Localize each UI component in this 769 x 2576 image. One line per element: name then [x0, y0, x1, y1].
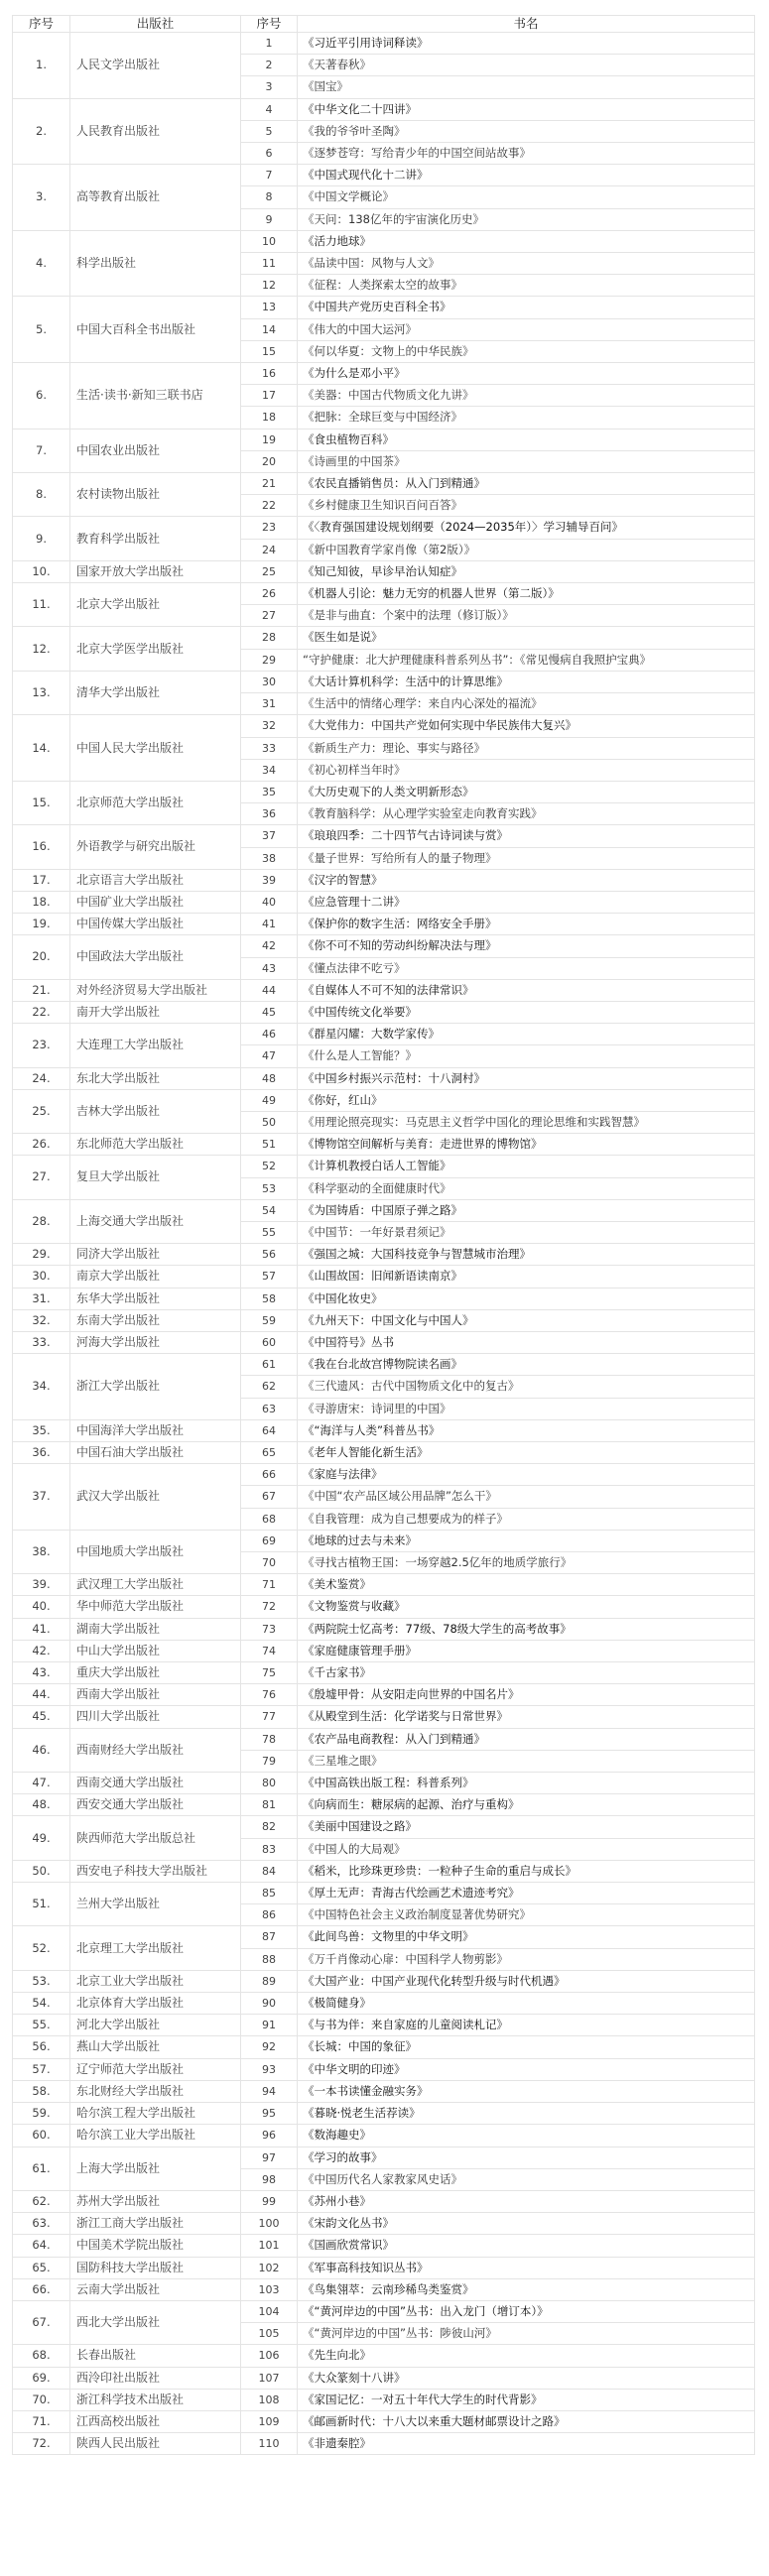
book-number: 93: [241, 2058, 298, 2080]
book-title: 《是非与曲直：个案中的法理（修订版）》: [298, 605, 755, 627]
publisher-name: 西安电子科技大学出版社: [70, 1860, 241, 1882]
publisher-number: 59.: [13, 2103, 70, 2125]
book-title: 《寻找古植物王国：一场穿越2.5亿年的地质学旅行》: [298, 1552, 755, 1574]
book-number: 63: [241, 1398, 298, 1419]
publisher-number: 10.: [13, 560, 70, 582]
publisher-number: 51.: [13, 1883, 70, 1926]
table-row: 29.同济大学出版社56《强国之城：大国科技竞争与智慧城市治理》: [13, 1244, 755, 1266]
table-row: 5.中国大百科全书出版社13《中国共产党历史百科全书》: [13, 297, 755, 318]
book-title: 《一本书读懂金融实务》: [298, 2080, 755, 2102]
publisher-name: 西北大学出版社: [70, 2300, 241, 2344]
book-title: 《科学驱动的全面健康时代》: [298, 1177, 755, 1199]
book-title: 《美术鉴赏》: [298, 1574, 755, 1596]
publisher-number: 20.: [13, 935, 70, 979]
table-row: 38.中国地质大学出版社69《地球的过去与未来》: [13, 1530, 755, 1551]
publisher-name: 中国人民大学出版社: [70, 715, 241, 782]
book-title: 《食虫植物百科》: [298, 429, 755, 450]
publisher-name: 苏州大学出版社: [70, 2190, 241, 2212]
book-number: 33: [241, 737, 298, 759]
publisher-number: 22.: [13, 1001, 70, 1023]
book-title: 《自媒体人不可不知的法律常识》: [298, 979, 755, 1001]
publisher-number: 6.: [13, 363, 70, 429]
publisher-name: 中国地质大学出版社: [70, 1530, 241, 1573]
book-number: 89: [241, 1970, 298, 1992]
book-number: 46: [241, 1024, 298, 1045]
book-list-table: 序号 出版社 序号 书名 1.人民文学出版社1《习近平引用诗词释读》2《天著春秋…: [12, 15, 755, 2455]
book-number: 102: [241, 2257, 298, 2278]
book-title: 《军事高科技知识丛书》: [298, 2257, 755, 2278]
table-row: 56.燕山大学出版社92《长城：中国的象征》: [13, 2036, 755, 2058]
publisher-name: 东北大学出版社: [70, 1067, 241, 1089]
book-number: 107: [241, 2367, 298, 2389]
publisher-name: 四川大学出版社: [70, 1706, 241, 1728]
book-title: 《家庭健康管理手册》: [298, 1640, 755, 1661]
publisher-name: 长春出版社: [70, 2345, 241, 2367]
publisher-number: 17.: [13, 869, 70, 891]
publisher-number: 65.: [13, 2257, 70, 2278]
publisher-number: 5.: [13, 297, 70, 363]
book-number: 88: [241, 1948, 298, 1970]
book-title: 《山围故国：旧闻新语读南京》: [298, 1266, 755, 1288]
publisher-number: 44.: [13, 1684, 70, 1706]
table-row: 10.国家开放大学出版社25《知己知彼，早诊早治认知症》: [13, 560, 755, 582]
table-row: 16.外语教学与研究出版社37《琅琅四季：二十四节气古诗词读与赏》: [13, 825, 755, 847]
publisher-number: 63.: [13, 2213, 70, 2235]
book-number: 29: [241, 649, 298, 671]
publisher-name: 国家开放大学出版社: [70, 560, 241, 582]
book-number: 67: [241, 1486, 298, 1508]
publisher-name: 东北师范大学出版社: [70, 1134, 241, 1156]
book-number: 3: [241, 76, 298, 98]
book-number: 84: [241, 1860, 298, 1882]
book-number: 15: [241, 340, 298, 362]
book-title: 《此间鸟兽：文物里的中华文明》: [298, 1926, 755, 1948]
book-number: 20: [241, 450, 298, 472]
table-row: 68.长春出版社106《先生向北》: [13, 2345, 755, 2367]
table-row: 69.西泠印社出版社107《大众篆刻十八讲》: [13, 2367, 755, 2389]
publisher-number: 49.: [13, 1816, 70, 1860]
book-number: 54: [241, 1199, 298, 1221]
book-number: 44: [241, 979, 298, 1001]
table-row: 17.北京语言大学出版社39《汉字的智慧》: [13, 869, 755, 891]
book-title: 《应急管理十二讲》: [298, 891, 755, 913]
book-title: 《学习的故事》: [298, 2147, 755, 2168]
book-title: 《教育脑科学：从心理学实验室走向教育实践》: [298, 803, 755, 825]
table-row: 51.兰州大学出版社85《厚土无声：青海古代绘画艺术遗迹考究》: [13, 1883, 755, 1904]
table-row: 34.浙江大学出版社61《我在台北故宫博物院读名画》: [13, 1354, 755, 1376]
table-row: 20.中国政法大学出版社42《你不可不知的劳动纠纷解决法与理》: [13, 935, 755, 957]
book-number: 59: [241, 1309, 298, 1331]
book-number: 53: [241, 1177, 298, 1199]
publisher-name: 中山大学出版社: [70, 1640, 241, 1661]
book-number: 74: [241, 1640, 298, 1661]
table-row: 13.清华大学出版社30《大话计算机科学：生活中的计算思维》: [13, 671, 755, 692]
table-row: 44.西南大学出版社76《殷墟甲骨：从安阳走向世界的中国名片》: [13, 1684, 755, 1706]
book-number: 103: [241, 2278, 298, 2300]
book-number: 18: [241, 407, 298, 429]
book-title: 《你不可不知的劳动纠纷解决法与理》: [298, 935, 755, 957]
publisher-name: 北京大学出版社: [70, 583, 241, 627]
publisher-number: 7.: [13, 429, 70, 472]
publisher-name: 中国大百科全书出版社: [70, 297, 241, 363]
book-title: 《中国历代名人家教家风史话》: [298, 2168, 755, 2190]
book-number: 13: [241, 297, 298, 318]
header-group-no: 序号: [13, 16, 70, 33]
book-title: 《懂点法律不吃亏》: [298, 957, 755, 979]
table-row: 72.陕西人民出版社110《非遗秦腔》: [13, 2433, 755, 2455]
publisher-number: 2.: [13, 98, 70, 165]
book-title: 《寻游唐宋：诗词里的中国》: [298, 1398, 755, 1419]
book-title: 《农民直播销售员：从入门到精通》: [298, 473, 755, 495]
book-number: 50: [241, 1111, 298, 1133]
publisher-name: 重庆大学出版社: [70, 1662, 241, 1684]
book-number: 75: [241, 1662, 298, 1684]
publisher-number: 53.: [13, 1970, 70, 1992]
book-number: 55: [241, 1221, 298, 1243]
book-number: 16: [241, 363, 298, 385]
book-number: 86: [241, 1904, 298, 1926]
table-row: 61.上海大学出版社97《学习的故事》: [13, 2147, 755, 2168]
book-number: 99: [241, 2190, 298, 2212]
book-title: 《逐梦苍穹：写给青少年的中国空间站故事》: [298, 143, 755, 165]
book-title: 《群星闪耀：大数学家传》: [298, 1024, 755, 1045]
book-number: 65: [241, 1442, 298, 1464]
table-row: 7.中国农业出版社19《食虫植物百科》: [13, 429, 755, 450]
book-number: 47: [241, 1045, 298, 1067]
book-title: 《用理论照亮现实：马克思主义哲学中国化的理论思维和实践智慧》: [298, 1111, 755, 1133]
publisher-name: 北京师范大学出版社: [70, 781, 241, 824]
publisher-name: 科学出版社: [70, 230, 241, 297]
book-number: 21: [241, 473, 298, 495]
publisher-number: 45.: [13, 1706, 70, 1728]
publisher-number: 66.: [13, 2278, 70, 2300]
publisher-name: 西安交通大学出版社: [70, 1794, 241, 1816]
publisher-name: 西南大学出版社: [70, 1684, 241, 1706]
book-title: 《中国符号》丛书: [298, 1331, 755, 1353]
table-row: 19.中国传媒大学出版社41《保护你的数字生活：网络安全手册》: [13, 914, 755, 935]
book-number: 106: [241, 2345, 298, 2367]
book-title: 《数海趣史》: [298, 2125, 755, 2147]
publisher-name: 西泠印社出版社: [70, 2367, 241, 2389]
book-title: 《万千肖像动心扉：中国科学人物剪影》: [298, 1948, 755, 1970]
book-title: 《农产品电商教程：从入门到精通》: [298, 1728, 755, 1750]
publisher-name: 东南大学出版社: [70, 1309, 241, 1331]
publisher-name: 东华大学出版社: [70, 1288, 241, 1309]
book-title: 《宋韵文化丛书》: [298, 2213, 755, 2235]
book-title: 《中国节：一年好景君须记》: [298, 1221, 755, 1243]
publisher-number: 29.: [13, 1244, 70, 1266]
book-number: 81: [241, 1794, 298, 1816]
book-title: 《大国产业：中国产业现代化转型升级与时代机遇》: [298, 1970, 755, 1992]
book-number: 43: [241, 957, 298, 979]
book-title: 《品读中国：风物与人文》: [298, 253, 755, 275]
publisher-number: 16.: [13, 825, 70, 869]
book-number: 80: [241, 1773, 298, 1794]
table-row: 26.东北师范大学出版社51《博物馆空间解析与美育：走进世界的博物馆》: [13, 1134, 755, 1156]
table-row: 60.哈尔滨工业大学出版社96《数海趣史》: [13, 2125, 755, 2147]
table-row: 14.中国人民大学出版社32《大党伟力：中国共产党如何实现中华民族伟大复兴》: [13, 715, 755, 737]
book-title: 《厚土无声：青海古代绘画艺术遗迹考究》: [298, 1883, 755, 1904]
publisher-number: 30.: [13, 1266, 70, 1288]
publisher-number: 34.: [13, 1354, 70, 1420]
publisher-number: 40.: [13, 1596, 70, 1618]
book-number: 69: [241, 1530, 298, 1551]
publisher-number: 64.: [13, 2235, 70, 2257]
table-row: 33.河海大学出版社60《中国符号》丛书: [13, 1331, 755, 1353]
table-row: 49.陕西师范大学出版总社82《美丽中国建设之路》: [13, 1816, 755, 1838]
table-row: 47.西南交通大学出版社80《中国高铁出版工程：科普系列》: [13, 1773, 755, 1794]
book-number: 87: [241, 1926, 298, 1948]
publisher-name: 河北大学出版社: [70, 2015, 241, 2036]
publisher-number: 14.: [13, 715, 70, 782]
publisher-number: 52.: [13, 1926, 70, 1970]
book-number: 72: [241, 1596, 298, 1618]
publisher-number: 31.: [13, 1288, 70, 1309]
book-title: 《计算机教授白话人工智能》: [298, 1156, 755, 1177]
book-number: 38: [241, 847, 298, 869]
book-title: 《三代遗风：古代中国物质文化中的复古》: [298, 1376, 755, 1398]
book-number: 57: [241, 1266, 298, 1288]
publisher-number: 23.: [13, 1024, 70, 1067]
table-row: 53.北京工业大学出版社89《大国产业：中国产业现代化转型升级与时代机遇》: [13, 1970, 755, 1992]
book-title: 《美器：中国古代物质文化九讲》: [298, 385, 755, 407]
book-title: 《机器人引论：魅力无穷的机器人世界（第二版）》: [298, 583, 755, 605]
publisher-name: 陕西人民出版社: [70, 2433, 241, 2455]
publisher-name: 北京理工大学出版社: [70, 1926, 241, 1970]
book-title: 《中国文学概论》: [298, 186, 755, 208]
publisher-name: 陕西师范大学出版总社: [70, 1816, 241, 1860]
book-number: 96: [241, 2125, 298, 2147]
publisher-name: 兰州大学出版社: [70, 1883, 241, 1926]
book-number: 31: [241, 693, 298, 715]
book-number: 25: [241, 560, 298, 582]
book-title: 《你好，红山》: [298, 1089, 755, 1111]
book-number: 11: [241, 253, 298, 275]
book-number: 70: [241, 1552, 298, 1574]
book-number: 22: [241, 495, 298, 517]
publisher-number: 1.: [13, 33, 70, 99]
book-title: 《大历史观下的人类文明新形态》: [298, 781, 755, 802]
table-row: 46.西南财经大学出版社78《农产品电商教程：从入门到精通》: [13, 1728, 755, 1750]
book-number: 105: [241, 2323, 298, 2345]
book-number: 28: [241, 627, 298, 649]
book-title: 《天著春秋》: [298, 55, 755, 76]
book-title: 《新中国教育学家肖像（第2版）》: [298, 539, 755, 560]
book-title: 《非遗秦腔》: [298, 2433, 755, 2455]
publisher-number: 11.: [13, 583, 70, 627]
publisher-number: 28.: [13, 1199, 70, 1243]
book-title: 《大话计算机科学：生活中的计算思维》: [298, 671, 755, 692]
table-row: 31.东华大学出版社58《中国化妆史》: [13, 1288, 755, 1309]
book-number: 71: [241, 1574, 298, 1596]
book-number: 42: [241, 935, 298, 957]
header-book-no: 序号: [241, 16, 298, 33]
publisher-number: 47.: [13, 1773, 70, 1794]
book-number: 1: [241, 33, 298, 55]
book-title: 《中国传统文化举要》: [298, 1001, 755, 1023]
table-row: 8.农村读物出版社21《农民直播销售员：从入门到精通》: [13, 473, 755, 495]
book-title: 《苏州小巷》: [298, 2190, 755, 2212]
book-number: 4: [241, 98, 298, 120]
table-row: 27.复旦大学出版社52《计算机教授白话人工智能》: [13, 1156, 755, 1177]
book-number: 108: [241, 2389, 298, 2410]
publisher-number: 4.: [13, 230, 70, 297]
book-title: 《量子世界：写给所有人的量子物理》: [298, 847, 755, 869]
book-title: 《博物馆空间解析与美育：走进世界的博物馆》: [298, 1134, 755, 1156]
book-title: 《汉字的智慧》: [298, 869, 755, 891]
book-number: 49: [241, 1089, 298, 1111]
book-number: 2: [241, 55, 298, 76]
book-title: 《为什么是邓小平》: [298, 363, 755, 385]
table-row: 22.南开大学出版社45《中国传统文化举要》: [13, 1001, 755, 1023]
publisher-name: 湖南大学出版社: [70, 1618, 241, 1640]
publisher-number: 8.: [13, 473, 70, 517]
table-row: 62.苏州大学出版社99《苏州小巷》: [13, 2190, 755, 2212]
publisher-number: 68.: [13, 2345, 70, 2367]
publisher-number: 72.: [13, 2433, 70, 2455]
book-title: 《中国式现代化十二讲》: [298, 165, 755, 186]
book-title: 《〈教育强国建设规划纲要（2024—2035年）〉学习辅导百问》: [298, 517, 755, 539]
publisher-name: 西南交通大学出版社: [70, 1773, 241, 1794]
publisher-number: 38.: [13, 1530, 70, 1573]
book-number: 58: [241, 1288, 298, 1309]
header-publisher: 出版社: [70, 16, 241, 33]
publisher-name: 华中师范大学出版社: [70, 1596, 241, 1618]
publisher-name: 南京大学出版社: [70, 1266, 241, 1288]
book-number: 97: [241, 2147, 298, 2168]
book-number: 5: [241, 120, 298, 142]
book-number: 68: [241, 1508, 298, 1530]
book-number: 95: [241, 2103, 298, 2125]
book-number: 56: [241, 1244, 298, 1266]
book-title: 《生活中的情绪心理学：来自内心深处的福流》: [298, 693, 755, 715]
table-row: 28.上海交通大学出版社54《为国铸盾：中国原子弹之路》: [13, 1199, 755, 1221]
book-title: 《“黄河岸边的中国”丛书：出入龙门（增订本）》: [298, 2300, 755, 2322]
book-number: 82: [241, 1816, 298, 1838]
book-number: 34: [241, 759, 298, 781]
publisher-number: 50.: [13, 1860, 70, 1882]
book-title: 《初心初样当年时》: [298, 759, 755, 781]
table-row: 55.河北大学出版社91《与书为伴：来自家庭的儿童阅读札记》: [13, 2015, 755, 2036]
book-number: 39: [241, 869, 298, 891]
table-row: 36.中国石油大学出版社65《老年人智能化新生活》: [13, 1442, 755, 1464]
book-title: 《家庭与法律》: [298, 1464, 755, 1486]
publisher-name: 浙江科学技术出版社: [70, 2389, 241, 2410]
table-row: 15.北京师范大学出版社35《大历史观下的人类文明新形态》: [13, 781, 755, 802]
book-number: 100: [241, 2213, 298, 2235]
book-number: 26: [241, 583, 298, 605]
publisher-number: 13.: [13, 671, 70, 714]
book-title: 《征程：人类探索太空的故事》: [298, 275, 755, 297]
publisher-name: 中国石油大学出版社: [70, 1442, 241, 1464]
publisher-name: 燕山大学出版社: [70, 2036, 241, 2058]
book-title: 《地球的过去与未来》: [298, 1530, 755, 1551]
publisher-number: 70.: [13, 2389, 70, 2410]
publisher-name: 南开大学出版社: [70, 1001, 241, 1023]
book-title: 《琅琅四季：二十四节气古诗词读与赏》: [298, 825, 755, 847]
publisher-name: 人民教育出版社: [70, 98, 241, 165]
publisher-number: 54.: [13, 1993, 70, 2015]
table-row: 4.科学出版社10《活力地球》: [13, 230, 755, 252]
book-title: 《新质生产力：理论、事实与路径》: [298, 737, 755, 759]
publisher-name: 浙江工商大学出版社: [70, 2213, 241, 2235]
book-number: 90: [241, 1993, 298, 2015]
publisher-name: 农村读物出版社: [70, 473, 241, 517]
book-title: 《什么是人工智能？》: [298, 1045, 755, 1067]
table-row: 24.东北大学出版社48《中国乡村振兴示范村：十八洞村》: [13, 1067, 755, 1089]
publisher-number: 25.: [13, 1089, 70, 1133]
table-row: 30.南京大学出版社57《山围故国：旧闻新语读南京》: [13, 1266, 755, 1288]
publisher-name: 中国农业出版社: [70, 429, 241, 472]
book-number: 78: [241, 1728, 298, 1750]
publisher-name: 上海大学出版社: [70, 2147, 241, 2190]
publisher-name: 辽宁师范大学出版社: [70, 2058, 241, 2080]
book-title: 《向病而生：糖尿病的起源、治疗与重构》: [298, 1794, 755, 1816]
book-title: 《稻米，比珍珠更珍贵：一粒种子生命的重启与成长》: [298, 1860, 755, 1882]
table-row: 6.生活·读书·新知三联书店16《为什么是邓小平》: [13, 363, 755, 385]
publisher-number: 39.: [13, 1574, 70, 1596]
book-title: 《自我管理：成为自己想要成为的样子》: [298, 1508, 755, 1530]
book-title: 《极简健身》: [298, 1993, 755, 2015]
book-number: 91: [241, 2015, 298, 2036]
book-number: 36: [241, 803, 298, 825]
publisher-name: 复旦大学出版社: [70, 1156, 241, 1199]
book-title: 《中国化妆史》: [298, 1288, 755, 1309]
publisher-number: 42.: [13, 1640, 70, 1661]
book-title: 《习近平引用诗词释读》: [298, 33, 755, 55]
book-title: 《活力地球》: [298, 230, 755, 252]
book-number: 37: [241, 825, 298, 847]
table-row: 43.重庆大学出版社75《千古家书》: [13, 1662, 755, 1684]
publisher-name: 武汉大学出版社: [70, 1464, 241, 1531]
book-title: 《中国人的大局观》: [298, 1838, 755, 1860]
book-title: 《知己知彼，早诊早治认知症》: [298, 560, 755, 582]
book-number: 51: [241, 1134, 298, 1156]
book-title: 《中国高铁出版工程：科普系列》: [298, 1773, 755, 1794]
publisher-name: 北京大学医学出版社: [70, 627, 241, 671]
book-title: 《从殿堂到生活：化学诺奖与日常世界》: [298, 1706, 755, 1728]
table-row: 23.大连理工大学出版社46《群星闪耀：大数学家传》: [13, 1024, 755, 1045]
publisher-name: 大连理工大学出版社: [70, 1024, 241, 1067]
table-row: 37.武汉大学出版社66《家庭与法律》: [13, 1464, 755, 1486]
table-row: 3.高等教育出版社7《中国式现代化十二讲》: [13, 165, 755, 186]
publisher-name: 清华大学出版社: [70, 671, 241, 714]
book-number: 7: [241, 165, 298, 186]
publisher-number: 41.: [13, 1618, 70, 1640]
publisher-name: 北京体育大学出版社: [70, 1993, 241, 2015]
publisher-name: 西南财经大学出版社: [70, 1728, 241, 1772]
publisher-name: 外语教学与研究出版社: [70, 825, 241, 869]
book-title: 《美丽中国建设之路》: [298, 1816, 755, 1838]
table-row: 40.华中师范大学出版社72《文物鉴赏与收藏》: [13, 1596, 755, 1618]
table-row: 12.北京大学医学出版社28《医生如是说》: [13, 627, 755, 649]
book-number: 27: [241, 605, 298, 627]
table-row: 18.中国矿业大学出版社40《应急管理十二讲》: [13, 891, 755, 913]
publisher-name: 上海交通大学出版社: [70, 1199, 241, 1243]
book-title: 《诗画里的中国茶》: [298, 450, 755, 472]
book-number: 52: [241, 1156, 298, 1177]
publisher-name: 中国政法大学出版社: [70, 935, 241, 979]
book-number: 77: [241, 1706, 298, 1728]
book-number: 64: [241, 1419, 298, 1441]
publisher-name: 高等教育出版社: [70, 165, 241, 231]
publisher-name: 人民文学出版社: [70, 33, 241, 99]
book-number: 12: [241, 275, 298, 297]
table-row: 67.西北大学出版社104《“黄河岸边的中国”丛书：出入龙门（增订本）》: [13, 2300, 755, 2322]
book-number: 66: [241, 1464, 298, 1486]
publisher-name: 教育科学出版社: [70, 517, 241, 560]
book-number: 8: [241, 186, 298, 208]
